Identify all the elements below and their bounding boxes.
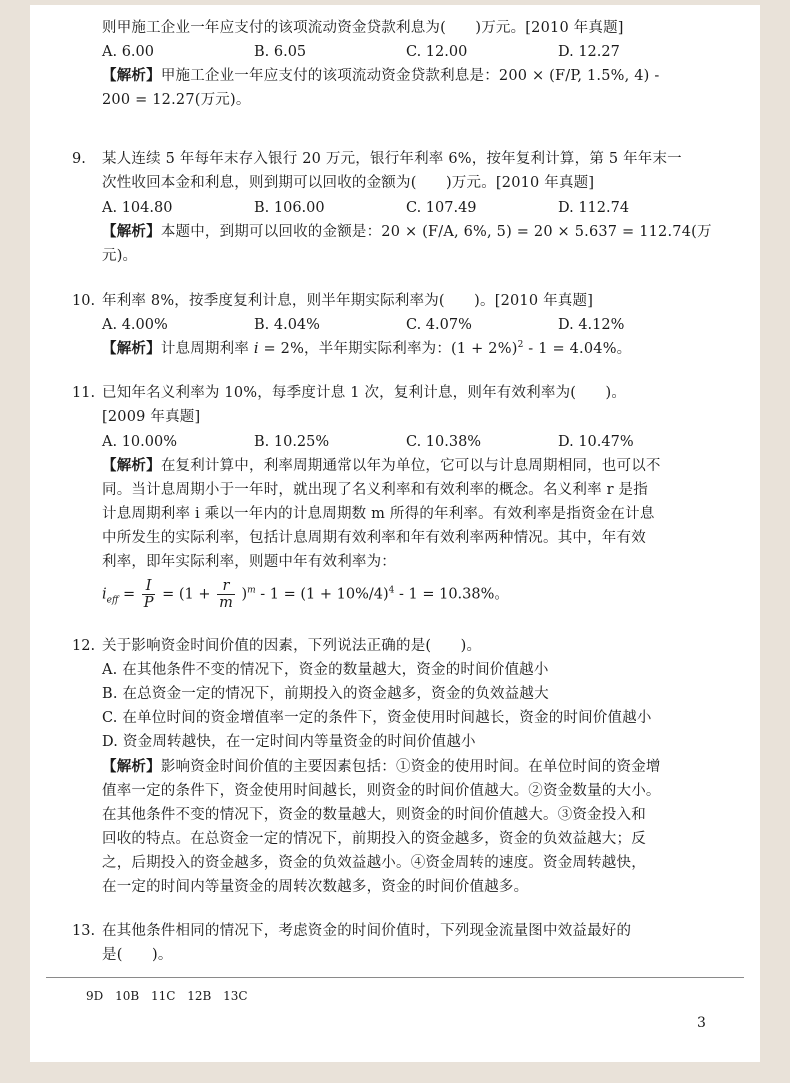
option-a: A. 在其他条件不变的情况下，资金的数量越大，资金的时间价值越小 — [102, 660, 549, 680]
analysis-line: 同。当计息周期小于一年时，就出现了名义利率和有效利率的概念。名义利率 r 是指 — [102, 480, 648, 500]
option-b: B. 4.04% — [254, 315, 320, 335]
book-page: 则甲施工企业一年应支付的该项流动资金贷款利息为( )万元。[2010 年真题] … — [30, 5, 760, 1062]
question-number: 10. — [72, 291, 95, 311]
question-stem: [2009 年真题] — [102, 407, 200, 427]
analysis-line: 回收的特点。在总资金一定的情况下，前期投入的资金越多，资金的负效益越大；反 — [102, 829, 646, 849]
question-number: 13. — [72, 921, 95, 941]
question-number: 12. — [72, 636, 95, 656]
analysis-line: 【解析】在复利计算中，利率周期通常以年为单位，它可以与计息周期相同，也可以不 — [102, 456, 661, 476]
question-stem: 在其他条件相同的情况下，考虑资金的时间价值时，下列现金流量图中效益最好的 — [102, 921, 631, 941]
option-c: C. 4.07% — [406, 315, 472, 335]
footer-divider — [46, 977, 744, 978]
question-stem: 是( )。 — [102, 945, 173, 965]
option-c: C. 在单位时间的资金增值率一定的条件下，资金使用时间越长，资金的时间价值越小 — [102, 708, 652, 728]
question-stem: 某人连续 5 年每年末存入银行 20 万元，银行年利率 6%，按年复利计算，第 … — [102, 149, 682, 169]
question-stem: 已知年名义利率为 10%，每季度计息 1 次，复利计息，则年有效利率为( )。 — [102, 383, 626, 403]
analysis-tag: 【解析】 — [102, 457, 161, 474]
analysis-tag: 【解析】 — [102, 758, 161, 775]
question-stem: 年利率 8%，按季度复利计息，则半年期实际利率为( )。[2010 年真题] — [102, 291, 593, 311]
option-b: B. 106.00 — [254, 198, 325, 218]
option-d: D. 10.47% — [558, 432, 634, 452]
effective-rate-formula: ieff = IP = (1 + rm )m - 1 = (1 + 10%/4)… — [102, 578, 509, 618]
analysis-tag: 【解析】 — [102, 223, 161, 240]
option-b: B. 10.25% — [254, 432, 329, 452]
prev-analysis-line-2: 200 = 12.27(万元)。 — [102, 90, 251, 110]
analysis-line: 利率，即年实际利率，则题中年有效利率为： — [102, 552, 396, 572]
option-a: A. 4.00% — [102, 315, 168, 335]
option-d: D. 资金周转越快，在一定时间内等量资金的时间价值越小 — [102, 732, 476, 752]
analysis-tag: 【解析】 — [102, 67, 161, 84]
analysis-line: 中所发生的实际利率，包括计息周期有效利率和年有效利率两种情况。其中，年有效 — [102, 528, 646, 548]
question-number: 9. — [72, 149, 86, 169]
option-a: A. 104.80 — [102, 198, 172, 218]
option-c: C. 12.00 — [406, 42, 467, 62]
analysis-line: 在一定的时间内等量资金的周转次数越多，资金的时间价值越多。 — [102, 877, 528, 897]
analysis-line: 【解析】计息周期利率 i = 2%，半年期实际利率为：(1 + 2%)2 - 1… — [102, 339, 631, 359]
option-a: A. 6.00 — [102, 42, 154, 62]
analysis-line: 在其他条件不变的情况下，资金的数量越大，则资金的时间价值越大。③资金投入和 — [102, 805, 646, 825]
question-stem: 关于影响资金时间价值的因素，下列说法正确的是( )。 — [102, 636, 481, 656]
option-b: B. 6.05 — [254, 42, 306, 62]
option-b: B. 在总资金一定的情况下，前期投入的资金越多，资金的负效益越大 — [102, 684, 549, 704]
analysis-line: 元)。 — [102, 246, 137, 266]
option-d: D. 4.12% — [558, 315, 624, 335]
fraction-i-over-p: IP — [142, 578, 156, 611]
option-c: C. 10.38% — [406, 432, 481, 452]
option-c: C. 107.49 — [406, 198, 477, 218]
option-a: A. 10.00% — [102, 432, 177, 452]
page-number: 3 — [697, 1015, 706, 1031]
question-number: 11. — [72, 383, 95, 403]
analysis-line: 值率一定的条件下，资金使用时间越长，则资金的时间价值越大。②资金数量的大小。 — [102, 781, 661, 801]
analysis-line: 之，后期投入的资金越多，资金的负效益越小。④资金周转的速度。资金周转越快， — [102, 853, 646, 873]
prev-question-stem: 则甲施工企业一年应支付的该项流动资金贷款利息为( )万元。[2010 年真题] — [102, 18, 624, 38]
option-d: D. 12.27 — [558, 42, 620, 62]
fraction-r-over-m: rm — [217, 578, 235, 611]
analysis-line: 【解析】本题中，到期可以回收的金额是：20 × (F/A, 6%, 5) = 2… — [102, 222, 712, 242]
prev-analysis-line-1: 【解析】甲施工企业一年应支付的该项流动资金贷款利息是：200 × (F/P, 1… — [102, 66, 659, 86]
analysis-line: 【解析】影响资金时间价值的主要因素包括：①资金的使用时间。在单位时间的资金增 — [102, 757, 661, 777]
analysis-line: 计息周期利率 i 乘以一年内的计息周期数 m 所得的年利率。有效利率是指资金在计… — [102, 504, 655, 524]
option-d: D. 112.74 — [558, 198, 629, 218]
question-stem: 次性收回本金和利息，则到期可以回收的金额为( )万元。[2010 年真题] — [102, 173, 594, 193]
analysis-tag: 【解析】 — [102, 340, 161, 357]
answer-key: 9D 10B 11C 12B 13C — [86, 988, 248, 1004]
